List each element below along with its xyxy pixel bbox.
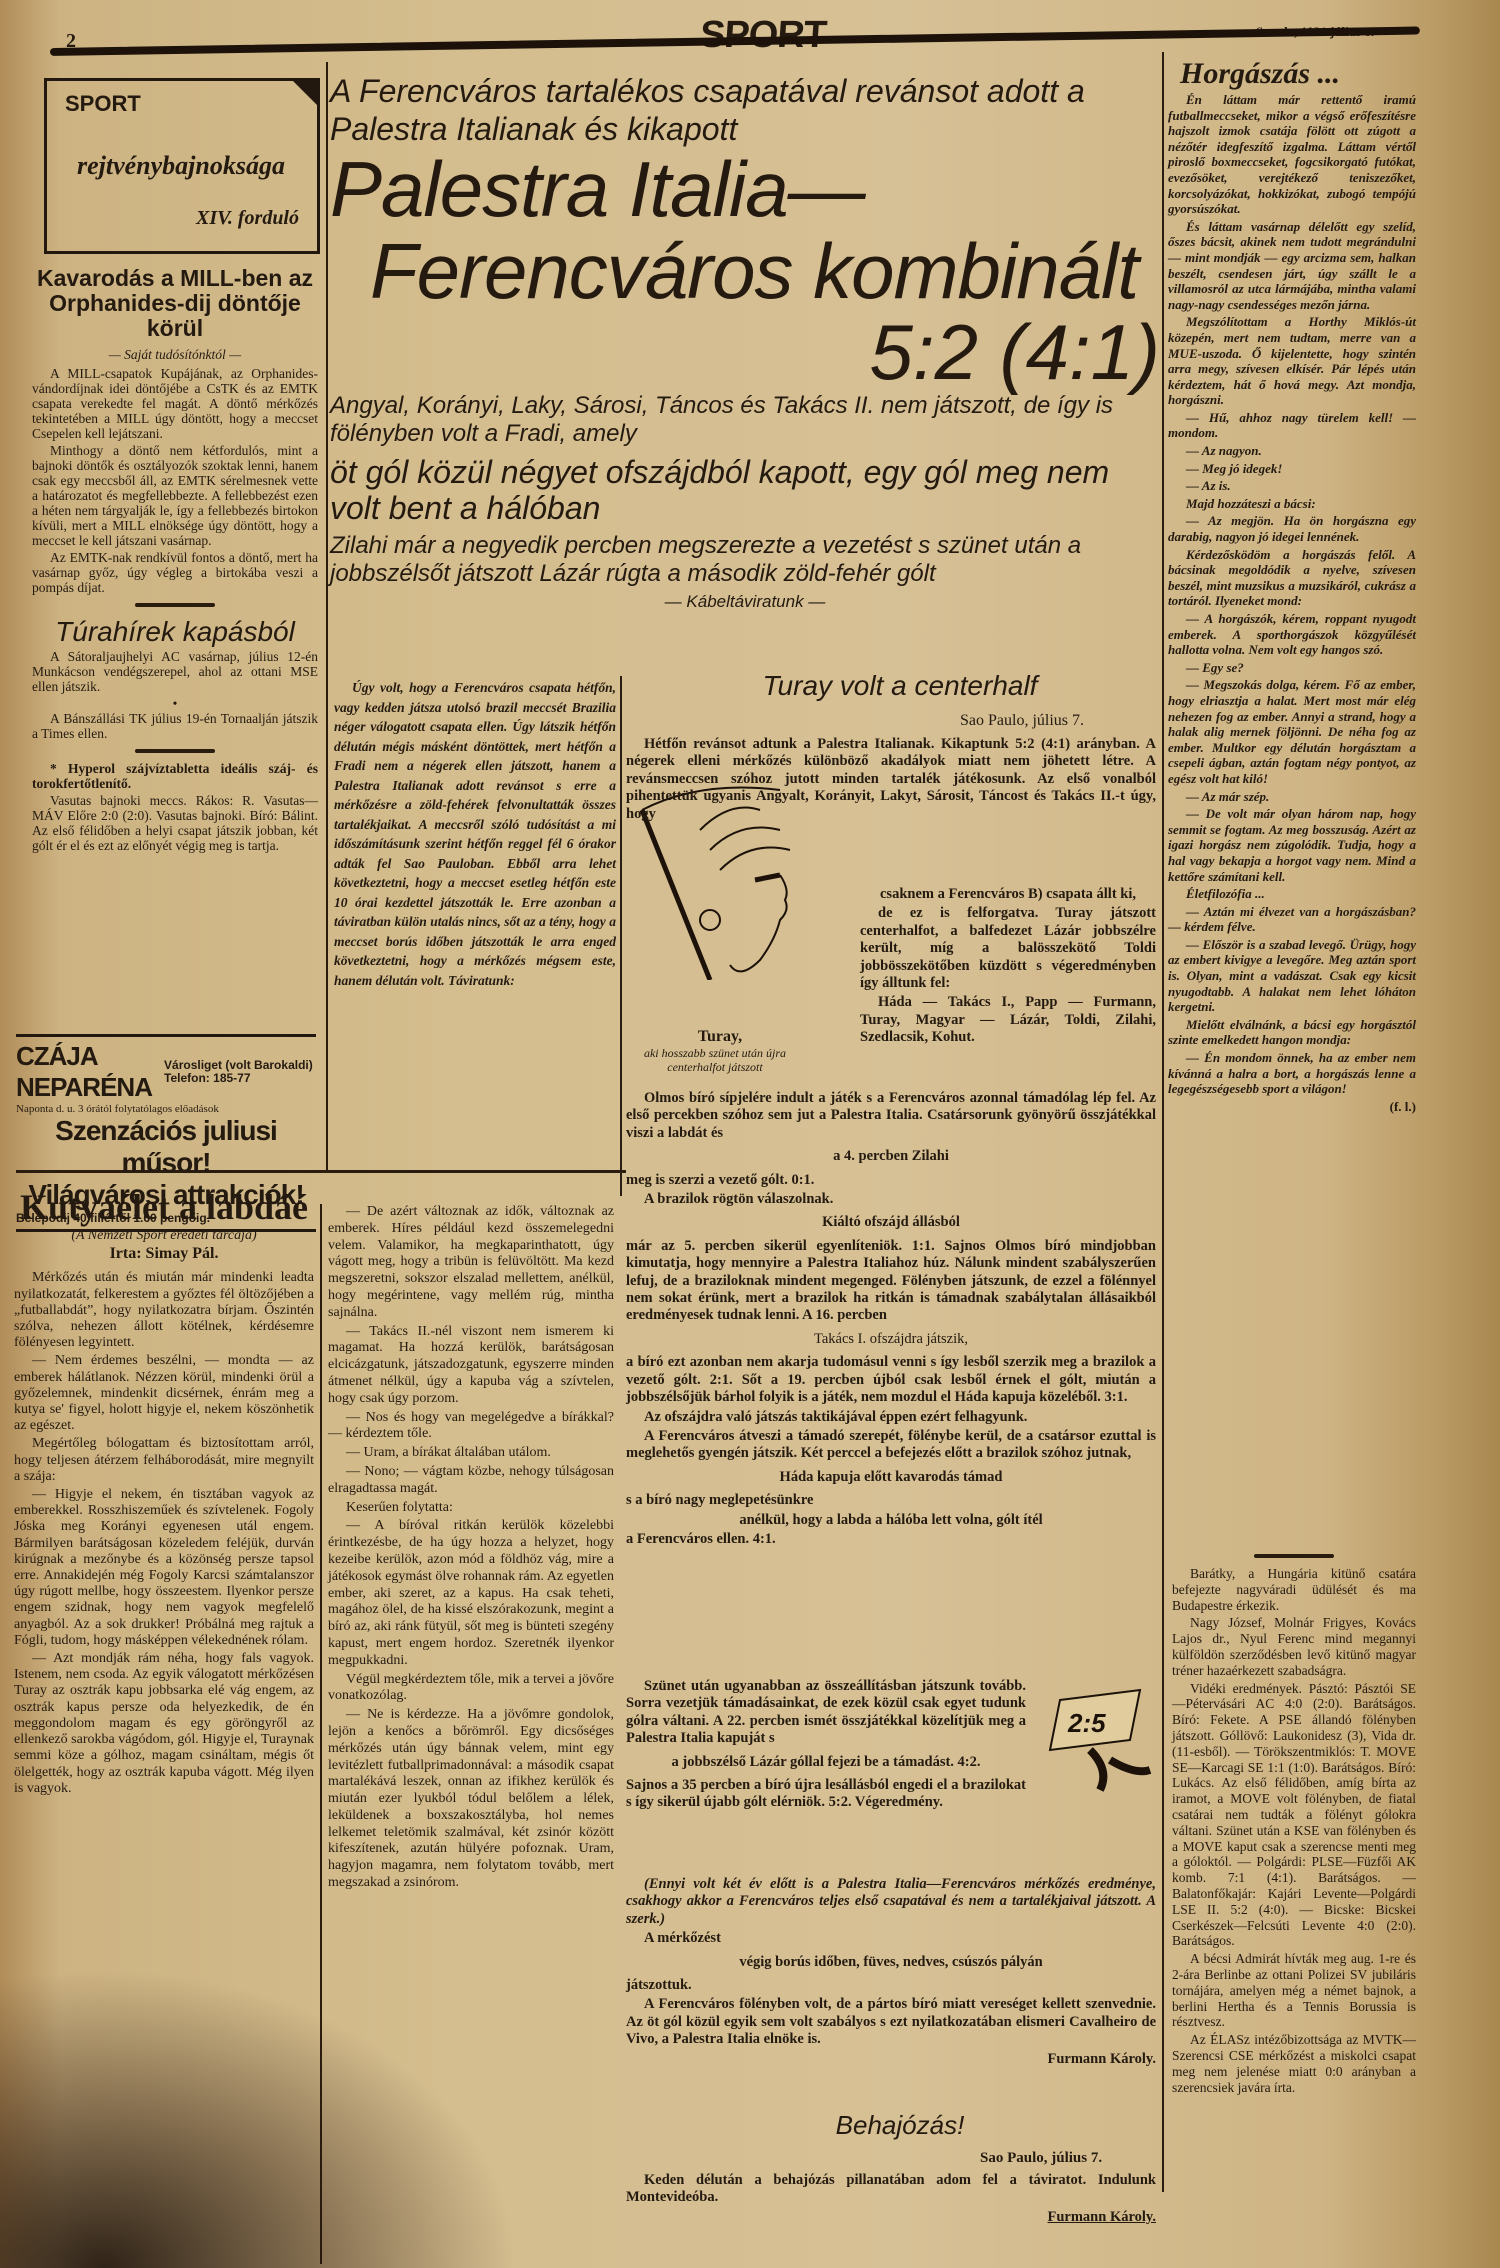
paragraph: Végül megkérdeztem tőle, mik a tervei a … — [328, 1672, 614, 1706]
puzzle-title: rejtvénybajnoksága — [77, 151, 285, 181]
behajozas-text: Keden délután a behajózás pillanatában a… — [626, 2172, 1156, 2228]
paragraph: — Egy se? — [1168, 660, 1416, 676]
main-deck-3: Zilahi már a negyedik percben megszerezt… — [330, 532, 1160, 588]
paragraph: — Hű, ahhoz nagy türelem kell! — mondom. — [1168, 410, 1416, 441]
match-report-wrap: csaknem a Ferencváros B) csapata állt ki… — [860, 886, 1156, 1049]
signature: (f. l.) — [1168, 1099, 1416, 1115]
lineup: Háda — Takács I., Papp — Furmann, Turay,… — [860, 994, 1156, 1046]
paragraph: — Nos és hogy van megelégedve a bírákkal… — [328, 1410, 614, 1444]
mill-headline: Kavarodás a MILL-ben az Orphanides-dij d… — [32, 266, 318, 341]
corner-fold-icon — [290, 78, 320, 108]
match-report: Hétfőn revánsot adtunk a Palestra Italia… — [626, 736, 1156, 825]
news-item: Vidéki eredmények. Pásztó: Pásztói SE—Pé… — [1172, 1681, 1416, 1950]
paragraph: — Uram, a bírákat általában utálom. — [328, 1445, 614, 1462]
puzzle-round: XIV. forduló — [196, 207, 299, 230]
caricature-caption: aki hosszabb szünet után újra centerhalf… — [620, 1046, 810, 1074]
main-deck-2: öt gól közül négyet ofszájdból kapott, e… — [330, 454, 1160, 526]
paragraph: a Ferencváros ellen. 4:1. — [626, 1531, 1156, 1548]
paragraph: Megszólítottam a Horthy Miklós-út közepé… — [1168, 314, 1416, 408]
paragraph: Én láttam már rettentő iramú futballmecc… — [1168, 92, 1416, 217]
paragraph: már az 5. percben sikerül egyenlíteniök.… — [626, 1238, 1156, 1325]
paragraph: — De volt már olyan három nap, hogy semm… — [1168, 806, 1416, 884]
pull-quote: Kiáltó ofszájd állásból — [626, 1214, 1156, 1231]
paragraph: A Sátoraljaujhelyi AC vasárnap, július 1… — [32, 649, 318, 694]
pull-quote: Háda kapuja előtt kavarodás támad — [626, 1469, 1156, 1486]
match-report-second-half: Szünet után ugyanabban az összeállításba… — [626, 1678, 1026, 1814]
separator — [135, 603, 215, 607]
match-report-cont: Olmos bíró sípjelére indult a játék s a … — [626, 1090, 1156, 1550]
behajozas-dateline: Sao Paulo, július 7. — [980, 2150, 1102, 2167]
news-item: A bécsi Admirát hívták meg aug. 1-re és … — [1172, 1951, 1416, 2030]
paragraph: — Meg jó idegek! — [1168, 461, 1416, 477]
ad-address: Városliget (volt Barokaldi) Telefon: 185… — [164, 1059, 316, 1085]
paragraph: Majd hozzáteszi a bácsi: — [1168, 496, 1416, 512]
caricature-name: Turay, — [640, 1028, 800, 1046]
kutya-article-col2: — De azért változnak az idők, változnak … — [328, 1204, 614, 1894]
paragraph: — Ne is kérdezze. Ha a jövőmre gondolok,… — [328, 1707, 614, 1892]
paragraph: A MILL-csapatok Kupájának, az Orphanides… — [32, 366, 318, 441]
news-item: Az ÉLASz intézőbizottsága az MVTK—Szeren… — [1172, 2032, 1416, 2095]
paragraph: — Nono; — vágtam közbe, nehogy túlságosa… — [328, 1464, 614, 1498]
bullet-separator: • — [32, 696, 318, 711]
column-divider — [1162, 52, 1164, 2192]
main-headline-block: A Ferencváros tartalékos csapatával revá… — [330, 72, 1160, 612]
short-news: Barátky, a Hungária kitünő csatára befej… — [1172, 1546, 1416, 2097]
paragraph: — A horgászók, kérem, roppant nyugodt em… — [1168, 611, 1416, 658]
paragraph: — Az is. — [1168, 478, 1416, 494]
railway-notice: Vasutas bajnoki meccs. Rákos: R. Vasutas… — [32, 793, 318, 853]
news-item: Barátky, a Hungária kitünő csatára befej… — [1172, 1566, 1416, 1613]
match-report-end: (Ennyi volt két év előtt is a Palestra I… — [626, 1876, 1156, 2070]
newspaper-page: 2 SPORT Szerda, 1931 július 8. SPORT rej… — [0, 0, 1500, 2268]
paragraph: A brazilok rögtön válaszolnak. — [626, 1191, 1156, 1208]
paragraph: Mérkőzés után és miután már mindenki lea… — [14, 1270, 314, 1351]
paragraph: — Az megjön. Ha ön horgászna egy darabig… — [1168, 513, 1416, 544]
behajozas-headline: Behajózás! — [700, 2110, 1100, 2141]
score-sign-cartoon: 2:5 — [1040, 1680, 1160, 1800]
pull-quote: végig borús időben, füves, nedves, csúsz… — [626, 1954, 1156, 1971]
paragraph: És láttam vasárnap délelőtt egy szelíd, … — [1168, 219, 1416, 313]
main-score: 5:2 (4:1) — [330, 312, 1160, 392]
paragraph: Minthogy a döntő nem kétfordulós, mint a… — [32, 443, 318, 548]
kutya-subtitle: (A Nemzeti Sport eredeti tárcája) — [14, 1228, 314, 1244]
kutya-article-col1: Kutyaélet a labdáé (A Nemzeti Sport ered… — [14, 1186, 314, 1799]
paragraph: játszottuk. — [626, 1977, 1156, 1994]
paragraph: — Megszokás dolga, kérem. Fő az ember, h… — [1168, 677, 1416, 786]
pull-quote: csaknem a Ferencváros B) csapata állt ki… — [860, 886, 1156, 903]
paragraph: — A bíróval ritkán kerülök közelebbi éri… — [328, 1518, 614, 1669]
main-kicker: A Ferencváros tartalékos csapatával revá… — [330, 72, 1160, 148]
main-headline-line1: Palestra Italia— — [330, 148, 1160, 230]
tura-headline: Túrahírek kapásból — [32, 615, 318, 649]
paragraph: Megértőleg bólogattam és biztosítottam a… — [14, 1436, 314, 1485]
paragraph: — Higyje el nekem, én tisztában vagyok a… — [14, 1487, 314, 1649]
paragraph: Életfilozófia ... — [1168, 886, 1416, 902]
paragraph: Kérdezősködöm a horgászás felől. A bácsi… — [1168, 547, 1416, 609]
pull-quote: a 4. percben Zilahi — [626, 1148, 1156, 1165]
paragraph: — Azt mondják rám néha, hogy fals vagyok… — [14, 1651, 314, 1797]
kutya-author: Irta: Simay Pál. — [14, 1246, 314, 1262]
cable-source: — Kábeltáviratunk — — [330, 592, 1160, 612]
paragraph: Az ofszájdra való játszás taktikájával é… — [626, 1409, 1156, 1426]
report-dateline: Sao Paulo, július 7. — [960, 712, 1084, 730]
signature: Furmann Károly. — [626, 2209, 1156, 2226]
paragraph: Úgy volt, hogy a Ferencváros csapata hét… — [334, 678, 616, 990]
mill-article: Kavarodás a MILL-ben az Orphanides-dij d… — [32, 266, 318, 855]
paragraph: A mérkőzést — [626, 1930, 1156, 1947]
puzzle-championship-box: SPORT rejtvénybajnoksága XIV. forduló — [44, 78, 320, 254]
paragraph: — Az nagyon. — [1168, 443, 1416, 459]
pull-quote: anélkül, hogy a labda a hálóba lett voln… — [626, 1512, 1156, 1529]
paragraph: s a bíró nagy meglepetésünkre — [626, 1492, 1156, 1509]
ad-line-1: Szenzációs juliusi műsor! — [16, 1115, 316, 1179]
report-subhead: Turay volt a centerhalf — [700, 670, 1100, 702]
paragraph: Sajnos a 35 percben a bíró újra lesállás… — [626, 1777, 1026, 1812]
news-item: Nagy József, Molnár Frigyes, Kovács Lajo… — [1172, 1615, 1416, 1678]
paragraph: meg is szerzi a vezető gólt. 0:1. — [626, 1172, 1156, 1189]
paragraph: Az EMTK-nak rendkívül fontos a döntő, me… — [32, 550, 318, 595]
paragraph: — Takács II.-nél viszont nem ismerem ki … — [328, 1324, 614, 1408]
main-deck-1: Angyal, Korányi, Laky, Sárosi, Táncos és… — [330, 392, 1160, 448]
separator — [1254, 1554, 1334, 1558]
paragraph: Keden délután a behajózás pillanatában a… — [626, 2172, 1156, 2207]
paragraph: — De azért változnak az idők, változnak … — [328, 1204, 614, 1322]
paragraph: Mielőtt elválnánk, a bácsi egy horgásztó… — [1168, 1017, 1416, 1048]
editor-note: Úgy volt, hogy a Ferencváros csapata hét… — [334, 678, 616, 992]
separator — [135, 749, 215, 753]
paragraph: Hétfőn revánsot adtunk a Palestra Italia… — [626, 736, 1156, 823]
column-divider — [326, 62, 328, 1170]
paragraph: a bíró ezt azonban nem akarja tudomásul … — [626, 1354, 1156, 1406]
ad-name: CZÁJA NEPARÉNA — [16, 1041, 158, 1103]
main-headline-line2: Ferencváros kombinált — [330, 230, 1160, 312]
paragraph: A Ferencváros fölényben volt, de a párto… — [626, 1996, 1156, 2048]
sign-score: 2:5 — [1067, 1708, 1106, 1738]
kutya-headline: Kutyaélet a labdáé — [14, 1186, 314, 1228]
paragraph: Keserűen folytatta: — [328, 1500, 614, 1517]
paragraph: Szünet után ugyanabban az összeállításba… — [626, 1678, 1026, 1748]
paragraph: A Bánszállási TK július 19-én Tornaalján… — [32, 711, 318, 741]
paragraph: — Nem érdemes beszélni, — mondta — az em… — [14, 1353, 314, 1434]
paragraph: — Én mondom önnek, ha az ember nem kíván… — [1168, 1050, 1416, 1097]
paragraph: — Az már szép. — [1168, 789, 1416, 805]
paragraph: Olmos bíró sípjelére indult a játék s a … — [626, 1090, 1156, 1142]
paragraph: A Ferencváros átveszi a támadó szerepét,… — [626, 1428, 1156, 1463]
pull-quote: a jobbszélső Lázár góllal fejezi be a tá… — [626, 1754, 1026, 1771]
hyperol-notice: * Hyperol szájvíztabletta ideális száj- … — [32, 761, 318, 791]
horgaszas-headline: Horgászás ... — [1180, 56, 1416, 92]
column-divider — [320, 1204, 322, 2264]
puzzle-logo: SPORT — [65, 91, 141, 117]
horgaszas-article: Horgászás ... Én láttam már rettentő ira… — [1168, 56, 1416, 1116]
editor-remark: (Ennyi volt két év előtt is a Palestra I… — [626, 1876, 1156, 1928]
pull-quote: Takács I. ofszájdra játszik, — [626, 1331, 1156, 1348]
mill-byline: — Saját tudósítónktól — — [32, 347, 318, 362]
signature: Furmann Károly. — [626, 2051, 1156, 2068]
paragraph: — Aztán mi élvezet van a horgászásban? —… — [1168, 904, 1416, 935]
column-divider — [620, 676, 622, 1196]
paragraph: — Először is a szabad levegő. Ürügy, hog… — [1168, 937, 1416, 1015]
ad-hours: Naponta d. u. 3 órától folytatólagos elő… — [16, 1103, 316, 1115]
paragraph: de ez is felforgatva. Turay játszott cen… — [860, 905, 1156, 992]
